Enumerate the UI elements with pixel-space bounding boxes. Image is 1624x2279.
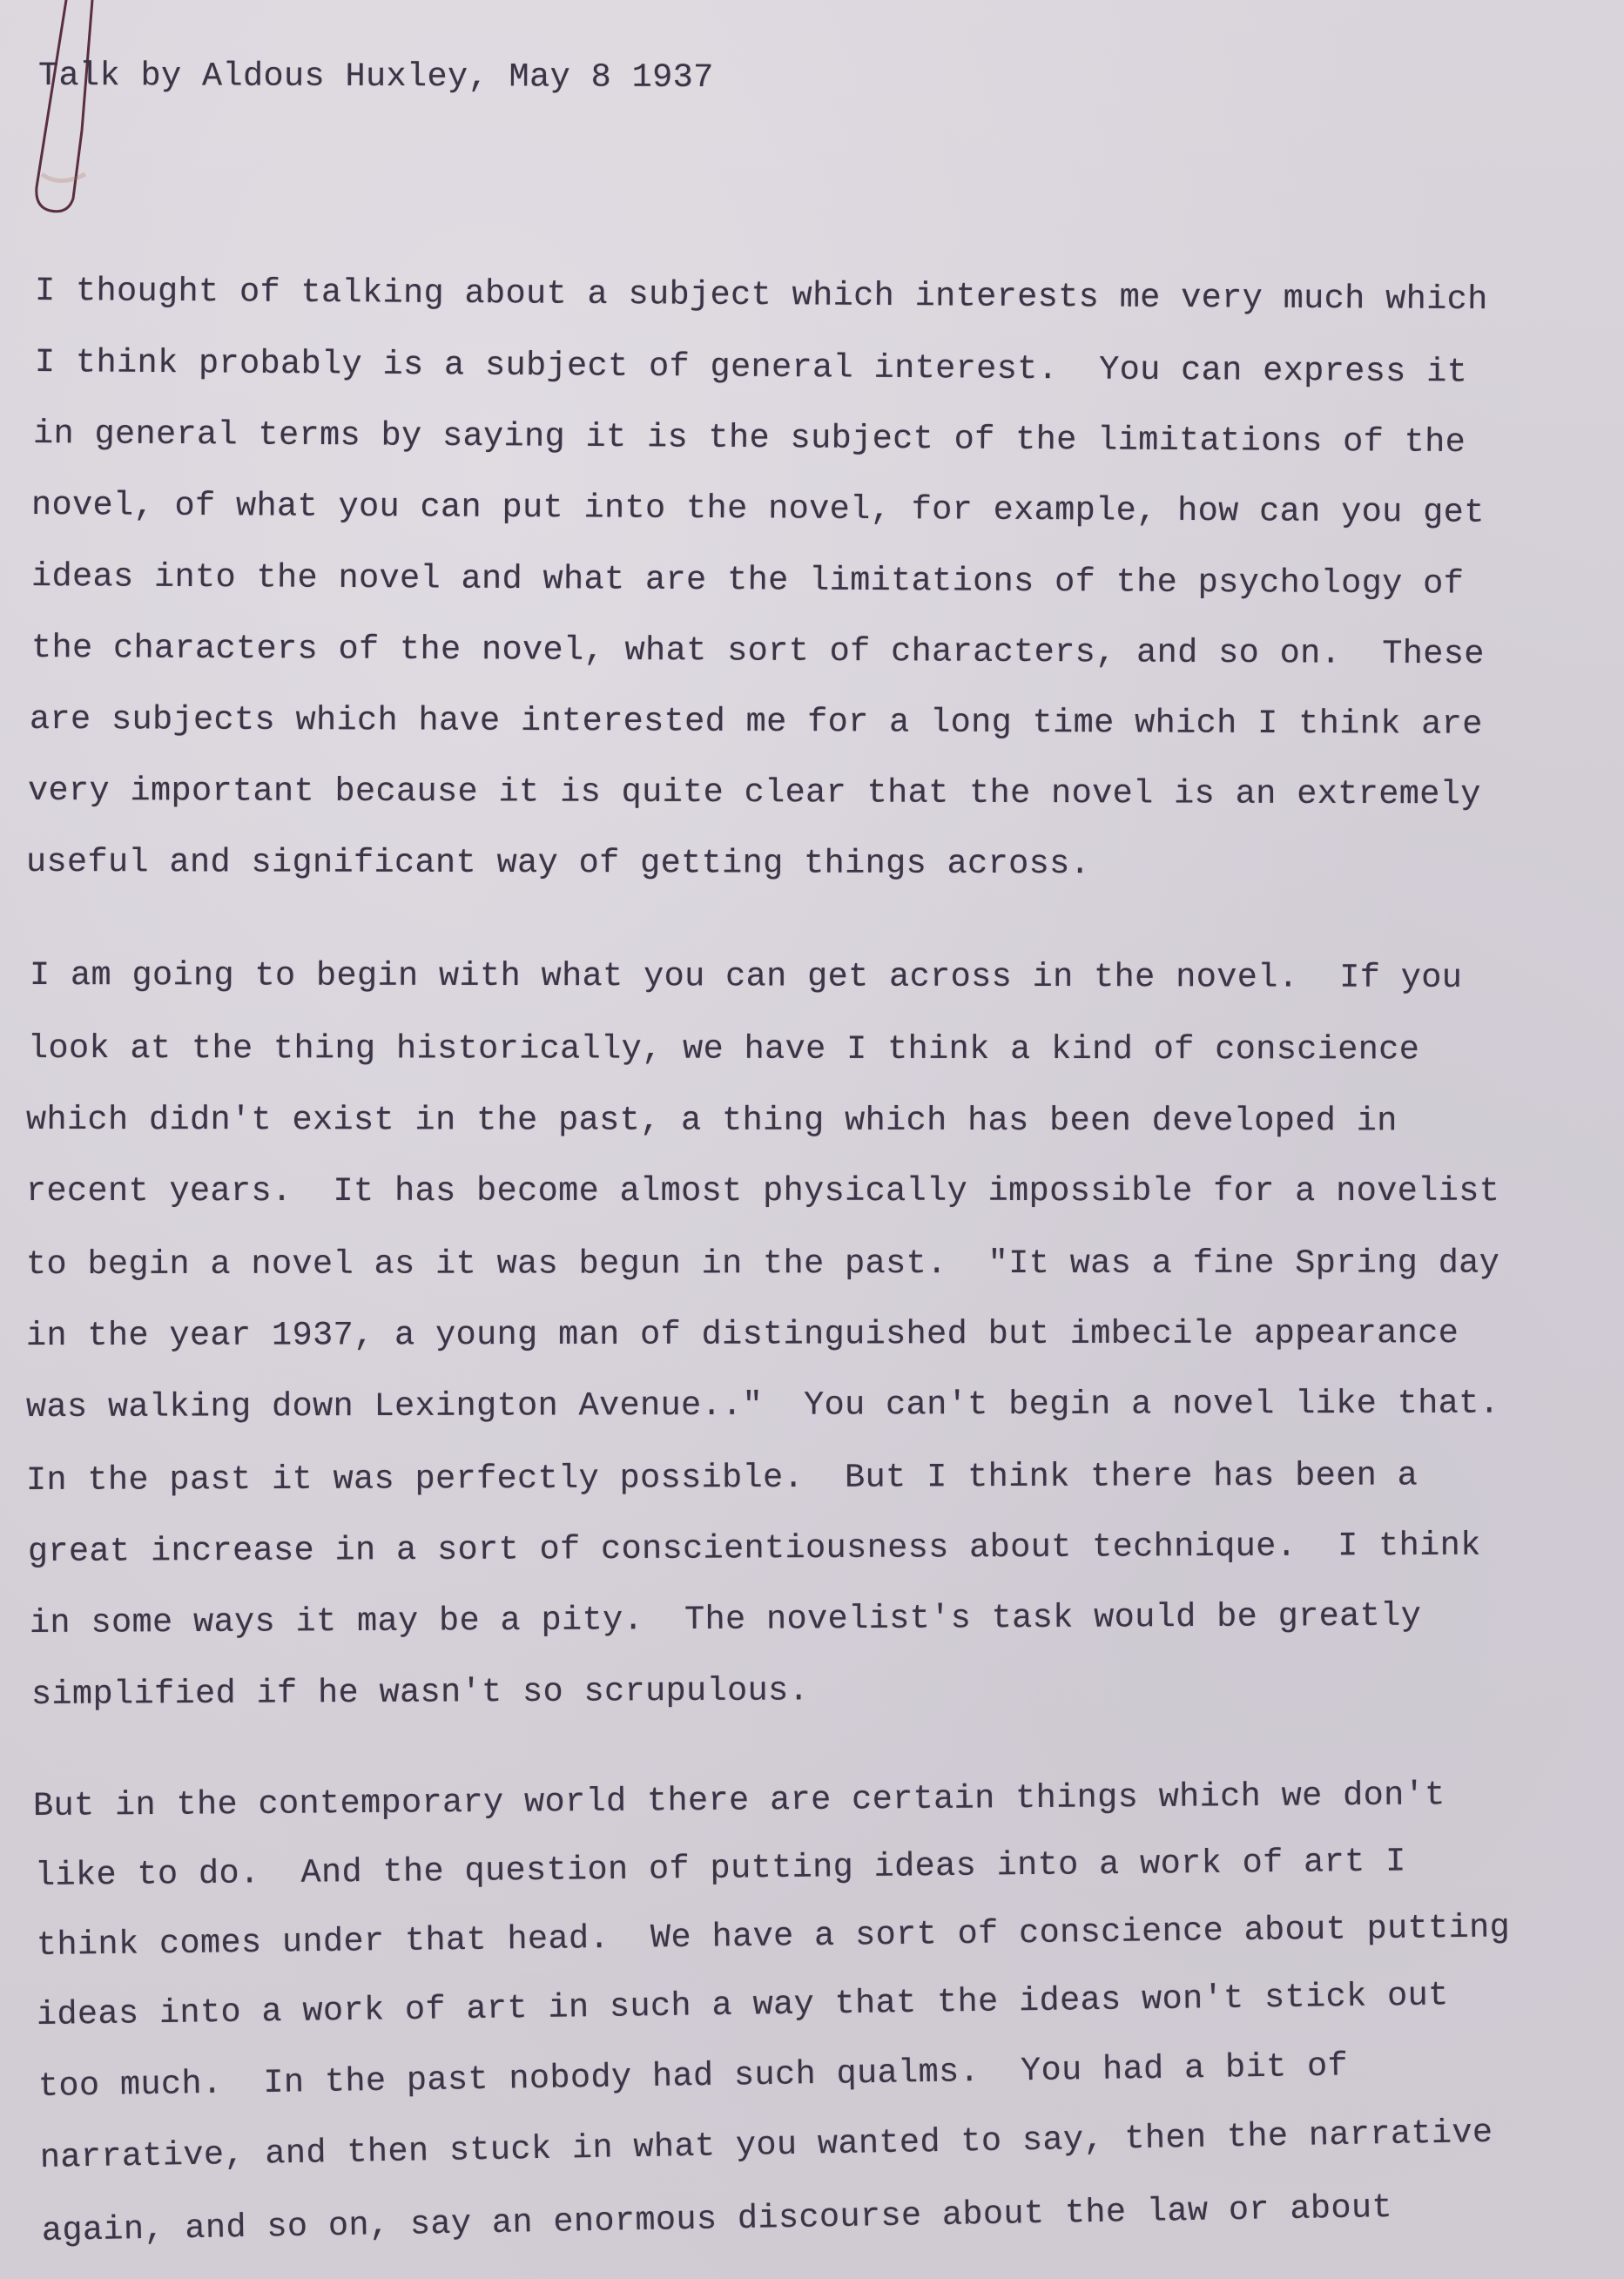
typed-line: ideas into the novel and what are the li… [31,557,1464,603]
typed-line: are subjects which have interested me fo… [30,700,1483,744]
typed-line: like to do. And the question of putting … [35,1843,1406,1895]
typed-line: I think probably is a subject of general… [35,343,1468,391]
typed-line: too much. In the past nobody had such qu… [38,2046,1349,2106]
typed-line: in general terms by saying it is the sub… [33,415,1466,462]
typed-line: to begin a novel as it was begun in the … [26,1244,1499,1284]
typed-line: great increase in a sort of conscientiou… [28,1527,1481,1571]
typed-line: in the year 1937, a young man of disting… [26,1314,1459,1355]
typed-line: the characters of the novel, what sort o… [31,629,1485,673]
paperclip-icon [24,0,111,218]
typed-line: recent years. It has become almost physi… [26,1172,1499,1210]
typed-line: which didn't exist in the past, a thing … [26,1101,1398,1140]
typed-line: simplified if he wasn't so scrupulous. [31,1671,809,1714]
document-title: Talk by Aldous Huxley, May 8 1937 [38,57,714,97]
typed-line: was walking down Lexington Avenue.." You… [26,1385,1499,1426]
typed-line: very important because it is quite clear… [28,772,1481,813]
typed-line: ideas into a work of art in such a way t… [37,1976,1449,2034]
typed-line: I am going to begin with what you can ge… [30,956,1462,997]
typed-line: narrative, and then stuck in what you wa… [40,2114,1493,2177]
typed-line: look at the thing historically, we have … [28,1029,1419,1069]
typed-line: novel, of what you can put into the nove… [31,486,1485,532]
typed-line: I thought of talking about a subject whi… [35,272,1488,319]
typed-line: In the past it was perfectly possible. B… [26,1456,1418,1500]
typed-line: But in the contemporary world there are … [33,1776,1445,1825]
typewritten-page: Talk by Aldous Huxley, May 8 1937 I thou… [0,0,1624,2279]
typed-line: useful and significant way of getting th… [26,843,1090,883]
typed-line: think comes under that head. We have a s… [37,1908,1511,1965]
typed-line: again, and so on, say an enormous discou… [42,2188,1393,2250]
typed-line: in some ways it may be a pity. The novel… [30,1597,1421,1642]
